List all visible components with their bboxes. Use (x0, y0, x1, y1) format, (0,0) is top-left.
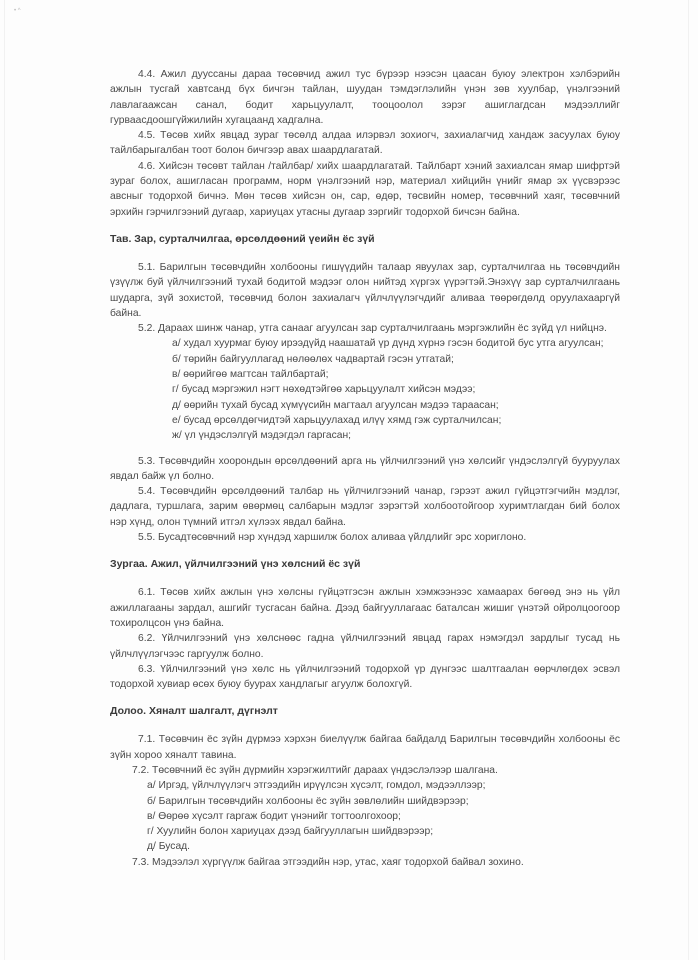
clause-5-2-item: г/ бусад мэргэжил нэгт нөхөдтэйгөө харьц… (110, 382, 620, 397)
section-7-heading: Долоо. Хяналт шалгалт, дүгнэлт (110, 704, 620, 718)
clause-5-2-item: д/ өөрийн тухай бусад хүмүүсийн магтаал … (110, 398, 620, 413)
page-edge (4, 0, 5, 960)
clause-7-3: 7.3. Мэдээлэл хүргүүлж байгаа этгээдийн … (110, 855, 620, 870)
clause-7-2-item: г/ Хуулийн болон хариуцах дээд байгуулла… (110, 824, 620, 839)
clause-4-6: 4.6. Хийсэн төсөвт тайлан /тайлбар/ хийх… (110, 159, 620, 220)
clause-5-2: 5.2. Дараах шинж чанар, утга санааг агуу… (110, 321, 620, 336)
clause-5-2-item: ж/ үл үндэслэлгүй мэдэгдэл гаргасан; (110, 428, 620, 443)
clause-6-2: 6.2. Үйлчилгээний үнэ хөлснөөс гадна үйл… (110, 631, 620, 662)
clause-4-5: 4.5. Төсөв хийх явцад зураг төсөлд алдаа… (110, 128, 620, 159)
clause-6-3: 6.3. Үйлчилгээний үнэ хөлс нь үйлчилгээн… (110, 662, 620, 693)
clause-7-2-item: б/ Барилгын төсөвчдийн холбооны ёс зүйн … (110, 794, 620, 809)
clause-5-2-item: е/ бусад өрсөлдөгчидтэй харьцуулахад илү… (110, 413, 620, 428)
clause-5-1: 5.1. Барилгын төсөвчдийн холбооны гишүүд… (110, 260, 620, 321)
clause-5-2-item: а/ худал хуурмаг буюу ирээдүйд наашатай … (110, 336, 620, 351)
clause-6-1: 6.1. Төсөв хийх ажлын үнэ хөлсны гүйцэтг… (110, 585, 620, 631)
clause-5-5: 5.5. Бусадтөсөвчний нэр хүндэд харшилж б… (110, 530, 620, 545)
clause-7-2-item: в/ Өөрөө хүсэлт гаргаж бодит үнэнийг тог… (110, 809, 620, 824)
clause-5-3: 5.3. Төсөвчдийн хоорондын өрсөлдөөний ар… (110, 454, 620, 485)
clause-7-1: 7.1. Төсөвчин ёс зүйн дүрмээ хэрхэн биел… (110, 732, 620, 763)
clause-4-4: 4.4. Ажил дууссаны дараа төсөвчид ажил т… (110, 67, 620, 128)
clause-5-2-item: б/ төрийн байгууллагад нөлөөлөх чадварта… (110, 352, 620, 367)
clause-7-2: 7.2. Төсөвчний ёс зүйн дүрмийн хэрэгжилт… (110, 763, 620, 778)
page-edge (688, 0, 689, 960)
clause-5-2-item: в/ өөрийгөө магтсан тайлбартай; (110, 367, 620, 382)
section-6-heading: Зургаа. Ажил, үйлчилгээний үнэ хөлсний ё… (110, 557, 620, 571)
section-5-heading: Тав. Зар, сурталчилгаа, өрсөлдөөний үеий… (110, 232, 620, 246)
clause-7-2-item: д/ Бусад. (110, 839, 620, 854)
scan-mark: • ^ (14, 8, 21, 14)
document-body: 4.4. Ажил дууссаны дараа төсөвчид ажил т… (110, 67, 620, 870)
clause-5-4: 5.4. Төсөвчдийн өрсөлдөөний талбар нь үй… (110, 484, 620, 530)
clause-7-2-item: а/ Иргэд, үйлчлүүлэгч этгээдийн ирүүлсэн… (110, 778, 620, 793)
